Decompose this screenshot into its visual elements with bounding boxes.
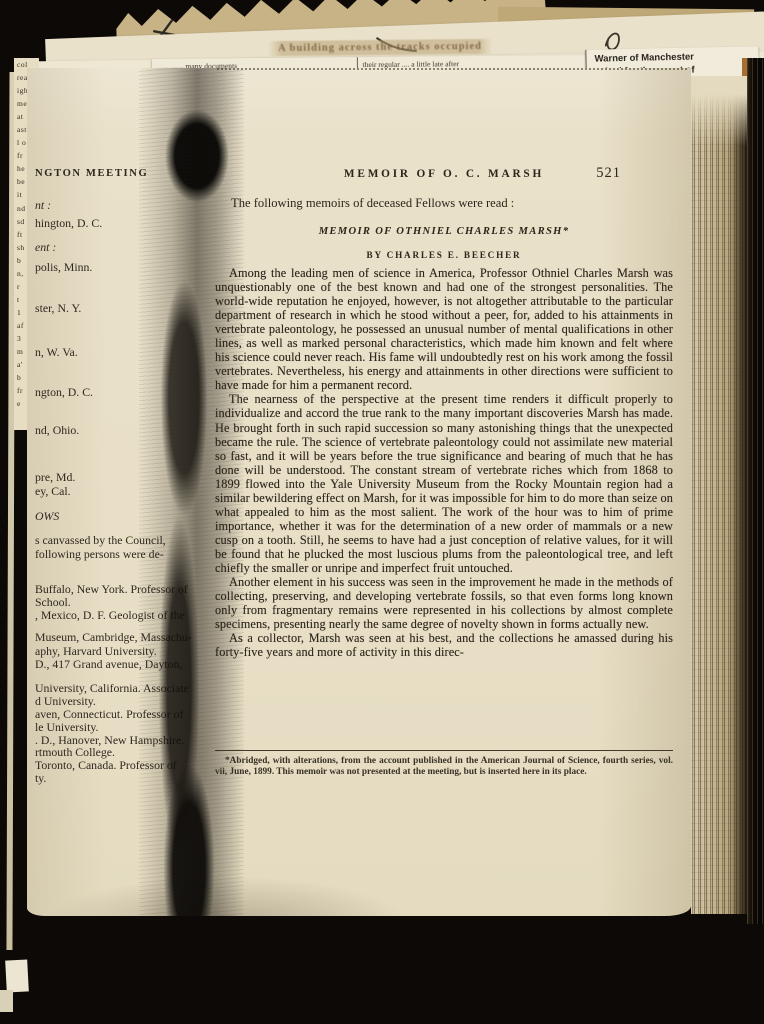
page-header: MEMOIR OF O. C. MARSH 521 (215, 168, 673, 180)
newspaper-headline-faded: A building across the tracks occupied (268, 39, 492, 56)
bottom-page-fragment (0, 990, 13, 1012)
book-spread: NGTON MEETING nt : hington, D. C. ent : … (27, 68, 691, 916)
paragraph: Among the leading men of science in Amer… (215, 266, 673, 392)
book-photo: A building across the tracks occupied ..… (0, 0, 764, 1024)
right-page-block-edge (747, 58, 764, 924)
memoir-body: Among the leading men of science in Amer… (215, 266, 673, 659)
right-page: MEMOIR OF O. C. MARSH 521 The following … (27, 68, 691, 916)
page-number: 521 (596, 165, 621, 182)
paragraph: Another element in his success was seen … (215, 575, 673, 631)
paragraph: The nearness of the perspective at the p… (215, 392, 673, 575)
memoir-title: MEMOIR OF OTHNIEL CHARLES MARSH* (215, 226, 673, 237)
bottom-page-fragment (5, 959, 29, 992)
footnote: *Abridged, with alterations, from the ac… (215, 756, 673, 778)
fore-edge-streaks (691, 76, 747, 914)
byline: BY CHARLES E. BEECHER (215, 250, 673, 260)
intro-line: The following memoirs of deceased Fellow… (215, 196, 673, 211)
paragraph: As a collector, Marsh was seen at his be… (215, 631, 673, 659)
footnote-rule (215, 750, 673, 751)
